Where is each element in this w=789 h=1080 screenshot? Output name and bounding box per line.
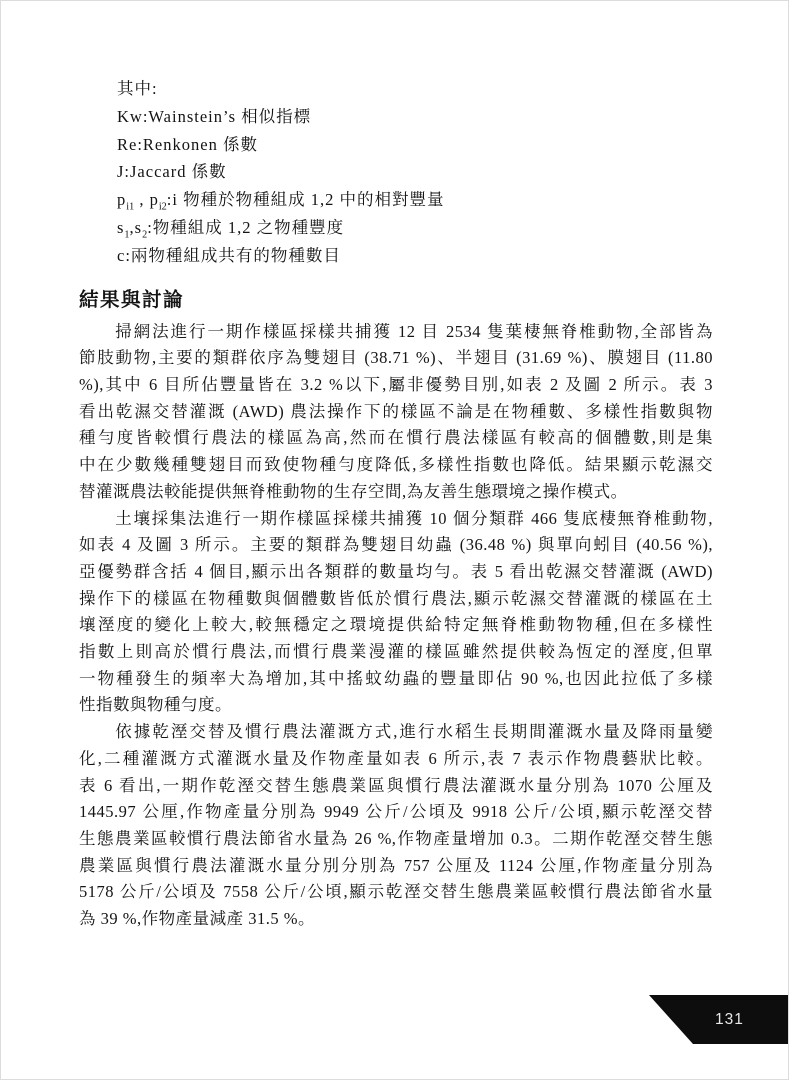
page-number-tab: 131 [649, 995, 789, 1044]
page-content: 其中: Kw:Wainstein’s 相似指標 Re:Renkonen 係數 J… [79, 75, 713, 933]
definition-p-symbol-2: p [150, 190, 159, 209]
document-page: 其中: Kw:Wainstein’s 相似指標 Re:Renkonen 係數 J… [0, 0, 789, 1080]
paragraph-line: 土壤採集法進行一期作樣區採樣共捕獲 10 個分類群 466 隻底棲無脊椎動物, [79, 506, 713, 533]
definition-s: s1,s2:物種組成 1,2 之物種豐度 [117, 214, 713, 242]
paragraph-line: 種勻度皆較慣行農法的樣區為高,然而在慣行農法樣區有較高的個體數,則是集 [79, 425, 713, 452]
definitions-intro: 其中: [117, 75, 713, 103]
paragraph-line: 5178 公斤/公頃及 7558 公斤/公頃,顯示乾溼交替生態農業區較慣行農法節… [79, 879, 713, 906]
paragraph-line: 化,二種灌溉方式灌溉水量及作物產量如表 6 所示,表 7 表示作物農藝狀比較。 [79, 746, 713, 773]
paragraph-1: 掃網法進行一期作樣區採樣共捕獲 12 目 2534 隻葉棲無脊椎動物,全部皆為 … [79, 319, 713, 506]
paragraph-line: %),其中 6 目所佔豐量皆在 3.2 %以下,屬非優勢目別,如表 2 及圖 2… [79, 372, 713, 399]
definition-c: c:兩物種組成共有的物種數目 [117, 242, 713, 270]
definition-p-symbol: p [117, 190, 126, 209]
definition-p-subscript-2: i2 [159, 201, 167, 212]
paragraph-line: 看出乾濕交替灌溉 (AWD) 農法操作下的樣區不論是在物種數、多樣性指數與物 [79, 399, 713, 426]
paragraph-line: 為 39 %,作物產量減產 31.5 %。 [79, 906, 713, 933]
paragraph-line: 掃網法進行一期作樣區採樣共捕獲 12 目 2534 隻葉棲無脊椎動物,全部皆為 [79, 319, 713, 346]
paragraph-line: 壤溼度的變化上較大,較無穩定之環境提供給特定無脊椎動物物種,但在多樣性 [79, 612, 713, 639]
paragraph-line: 亞優勢群含括 4 個目,顯示出各類群的數量均勻。表 5 看出乾濕交替灌溉 (AW… [79, 559, 713, 586]
paragraph-3: 依據乾溼交替及慣行農法灌溉方式,進行水稻生長期間灌溉水量及降雨量變 化,二種灌溉… [79, 719, 713, 933]
paragraph-line: 一物種發生的頻率大為增加,其中搖蚊幼蟲的豐量即佔 90 %,也因此拉低了多樣 [79, 666, 713, 693]
page-number: 131 [715, 1011, 744, 1029]
paragraph-line: 如表 4 及圖 3 所示。主要的類群為雙翅目幼蟲 (36.48 %) 與單向蚓目… [79, 532, 713, 559]
paragraph-2: 土壤採集法進行一期作樣區採樣共捕獲 10 個分類群 466 隻底棲無脊椎動物, … [79, 506, 713, 720]
definition-p: pi1 , pi2:i 物種於物種組成 1,2 中的相對豐量 [117, 186, 713, 214]
paragraph-line: 操作下的樣區在物種數與個體數皆低於慣行農法,顯示乾濕交替灌溉的樣區在土 [79, 586, 713, 613]
definition-p-separator: , [134, 190, 149, 209]
paragraph-line: 農業區與慣行農法灌溉水量分別分別為 757 公厘及 1124 公厘,作物產量分別… [79, 853, 713, 880]
paragraph-line: 依據乾溼交替及慣行農法灌溉方式,進行水稻生長期間灌溉水量及降雨量變 [79, 719, 713, 746]
definition-p-subscript-1: i1 [126, 201, 134, 212]
paragraph-line: 表 6 看出,一期作乾溼交替生態農業區與慣行農法灌溉水量分別為 1070 公厘及 [79, 773, 713, 800]
paragraph-line: 節肢動物,主要的類群依序為雙翅目 (38.71 %)、半翅目 (31.69 %)… [79, 345, 713, 372]
definition-re: Re:Renkonen 係數 [117, 131, 713, 159]
paragraph-line: 指數上則高於慣行農法,而慣行農業漫灌的樣區雖然提供較為恆定的溼度,但單 [79, 639, 713, 666]
paragraph-line: 1445.97 公厘,作物產量分別為 9949 公斤/公頃及 9918 公斤/公… [79, 799, 713, 826]
definition-kw: Kw:Wainstein’s 相似指標 [117, 103, 713, 131]
definition-s-text: :物種組成 1,2 之物種豐度 [147, 218, 344, 237]
section-heading: 結果與討論 [79, 286, 713, 316]
definition-s-symbol-2: s [135, 218, 142, 237]
definition-j: J:Jaccard 係數 [117, 158, 713, 186]
definitions-list: 其中: Kw:Wainstein’s 相似指標 Re:Renkonen 係數 J… [117, 75, 713, 270]
paragraph-line: 中在少數幾種雙翅目而致使物種勻度降低,多樣性指數也降低。結果顯示乾濕交 [79, 452, 713, 479]
paragraph-line: 性指數與物種勻度。 [79, 692, 713, 719]
paragraph-line: 替灌溉農法較能提供無脊椎動物的生存空間,為友善生態環境之操作模式。 [79, 479, 713, 506]
paragraph-line: 生態農業區較慣行農法節省水量為 26 %,作物產量增加 0.3。二期作乾溼交替生… [79, 826, 713, 853]
definition-p-text: :i 物種於物種組成 1,2 中的相對豐量 [167, 190, 445, 209]
